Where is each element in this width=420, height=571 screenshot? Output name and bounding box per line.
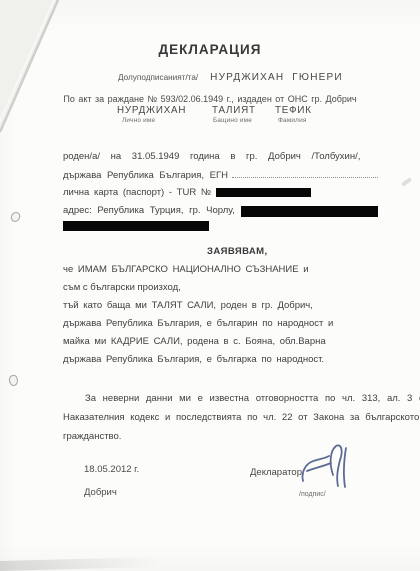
- redaction-bar: [241, 206, 378, 217]
- statement-line: държава Република България, е българин п…: [63, 318, 378, 330]
- id-card-text: лична карта (паспорт) - TUR №: [63, 187, 211, 198]
- undersigned-line: Долуподписаният/та/ НУРДЖИХАН ГЮНЕРИ: [118, 72, 378, 84]
- statement-line: съм с български произход,: [63, 282, 378, 294]
- punch-hole-mark: [8, 374, 20, 387]
- id-card-line: лична карта (паспорт) - TUR №: [63, 187, 378, 199]
- liability-line: За неверни данни ми е известна отговорно…: [63, 393, 378, 405]
- country-egn-line: държава Република България, ЕГН: [63, 169, 378, 182]
- signature: [297, 441, 353, 493]
- document-city: Добрич: [84, 487, 117, 498]
- country-egn-text: държава Република България, ЕГН: [63, 170, 228, 182]
- statement-line: държава Република България, е българка п…: [63, 354, 378, 366]
- statement-line: майка ми КАДРИЕ САЛИ, родена в с. Бояна,…: [63, 336, 378, 348]
- undersigned-name: НУРДЖИХАН ГЮНЕРИ: [210, 72, 343, 84]
- redaction-bar: [63, 221, 209, 231]
- statement-heading: ЗАЯВЯВАМ,: [207, 246, 327, 258]
- born-line: роден/а/ на 31.05.1949 година в гр. Добр…: [63, 151, 378, 163]
- undersigned-label: Долуподписаният/та/: [118, 72, 198, 84]
- bottom-scan-shadow: [0, 555, 230, 571]
- page-fold-corner: [0, 0, 72, 142]
- egn-dotted-blank: [232, 169, 378, 178]
- punch-hole-mark: [10, 211, 22, 223]
- statement-line: тъй като баща ми ТАЛЯТ САЛИ, роден в гр.…: [63, 300, 378, 312]
- name-caption-first: Лично име: [122, 117, 155, 124]
- address-line: адрес: Република Турция, гр. Чорлу,: [63, 205, 378, 217]
- name-caption-family: Фамилия: [278, 117, 307, 124]
- declaration-document: ДЕКЛАРАЦИЯ Долуподписаният/та/ НУРДЖИХАН…: [0, 0, 420, 571]
- name-field-patronymic: ТАЛИЯТ: [212, 105, 256, 116]
- address-text: адрес: Република Турция, гр. Чорлу,: [63, 205, 235, 217]
- liability-line: Наказателния кодекс и последствията по ч…: [63, 412, 378, 424]
- document-date: 18.05.2012 г.: [84, 464, 139, 475]
- edge-smudge-mark: [401, 177, 412, 187]
- statement-line: че ИМАМ БЪЛГАРСКО НАЦИОНАЛНО СЪЗНАНИЕ и: [63, 264, 378, 276]
- redaction-bar: [216, 188, 311, 197]
- name-caption-patronymic: Бащино име: [213, 117, 252, 124]
- name-field-family: ТЕФИК: [275, 105, 312, 116]
- name-field-first: НУРДЖИХАН: [117, 105, 186, 116]
